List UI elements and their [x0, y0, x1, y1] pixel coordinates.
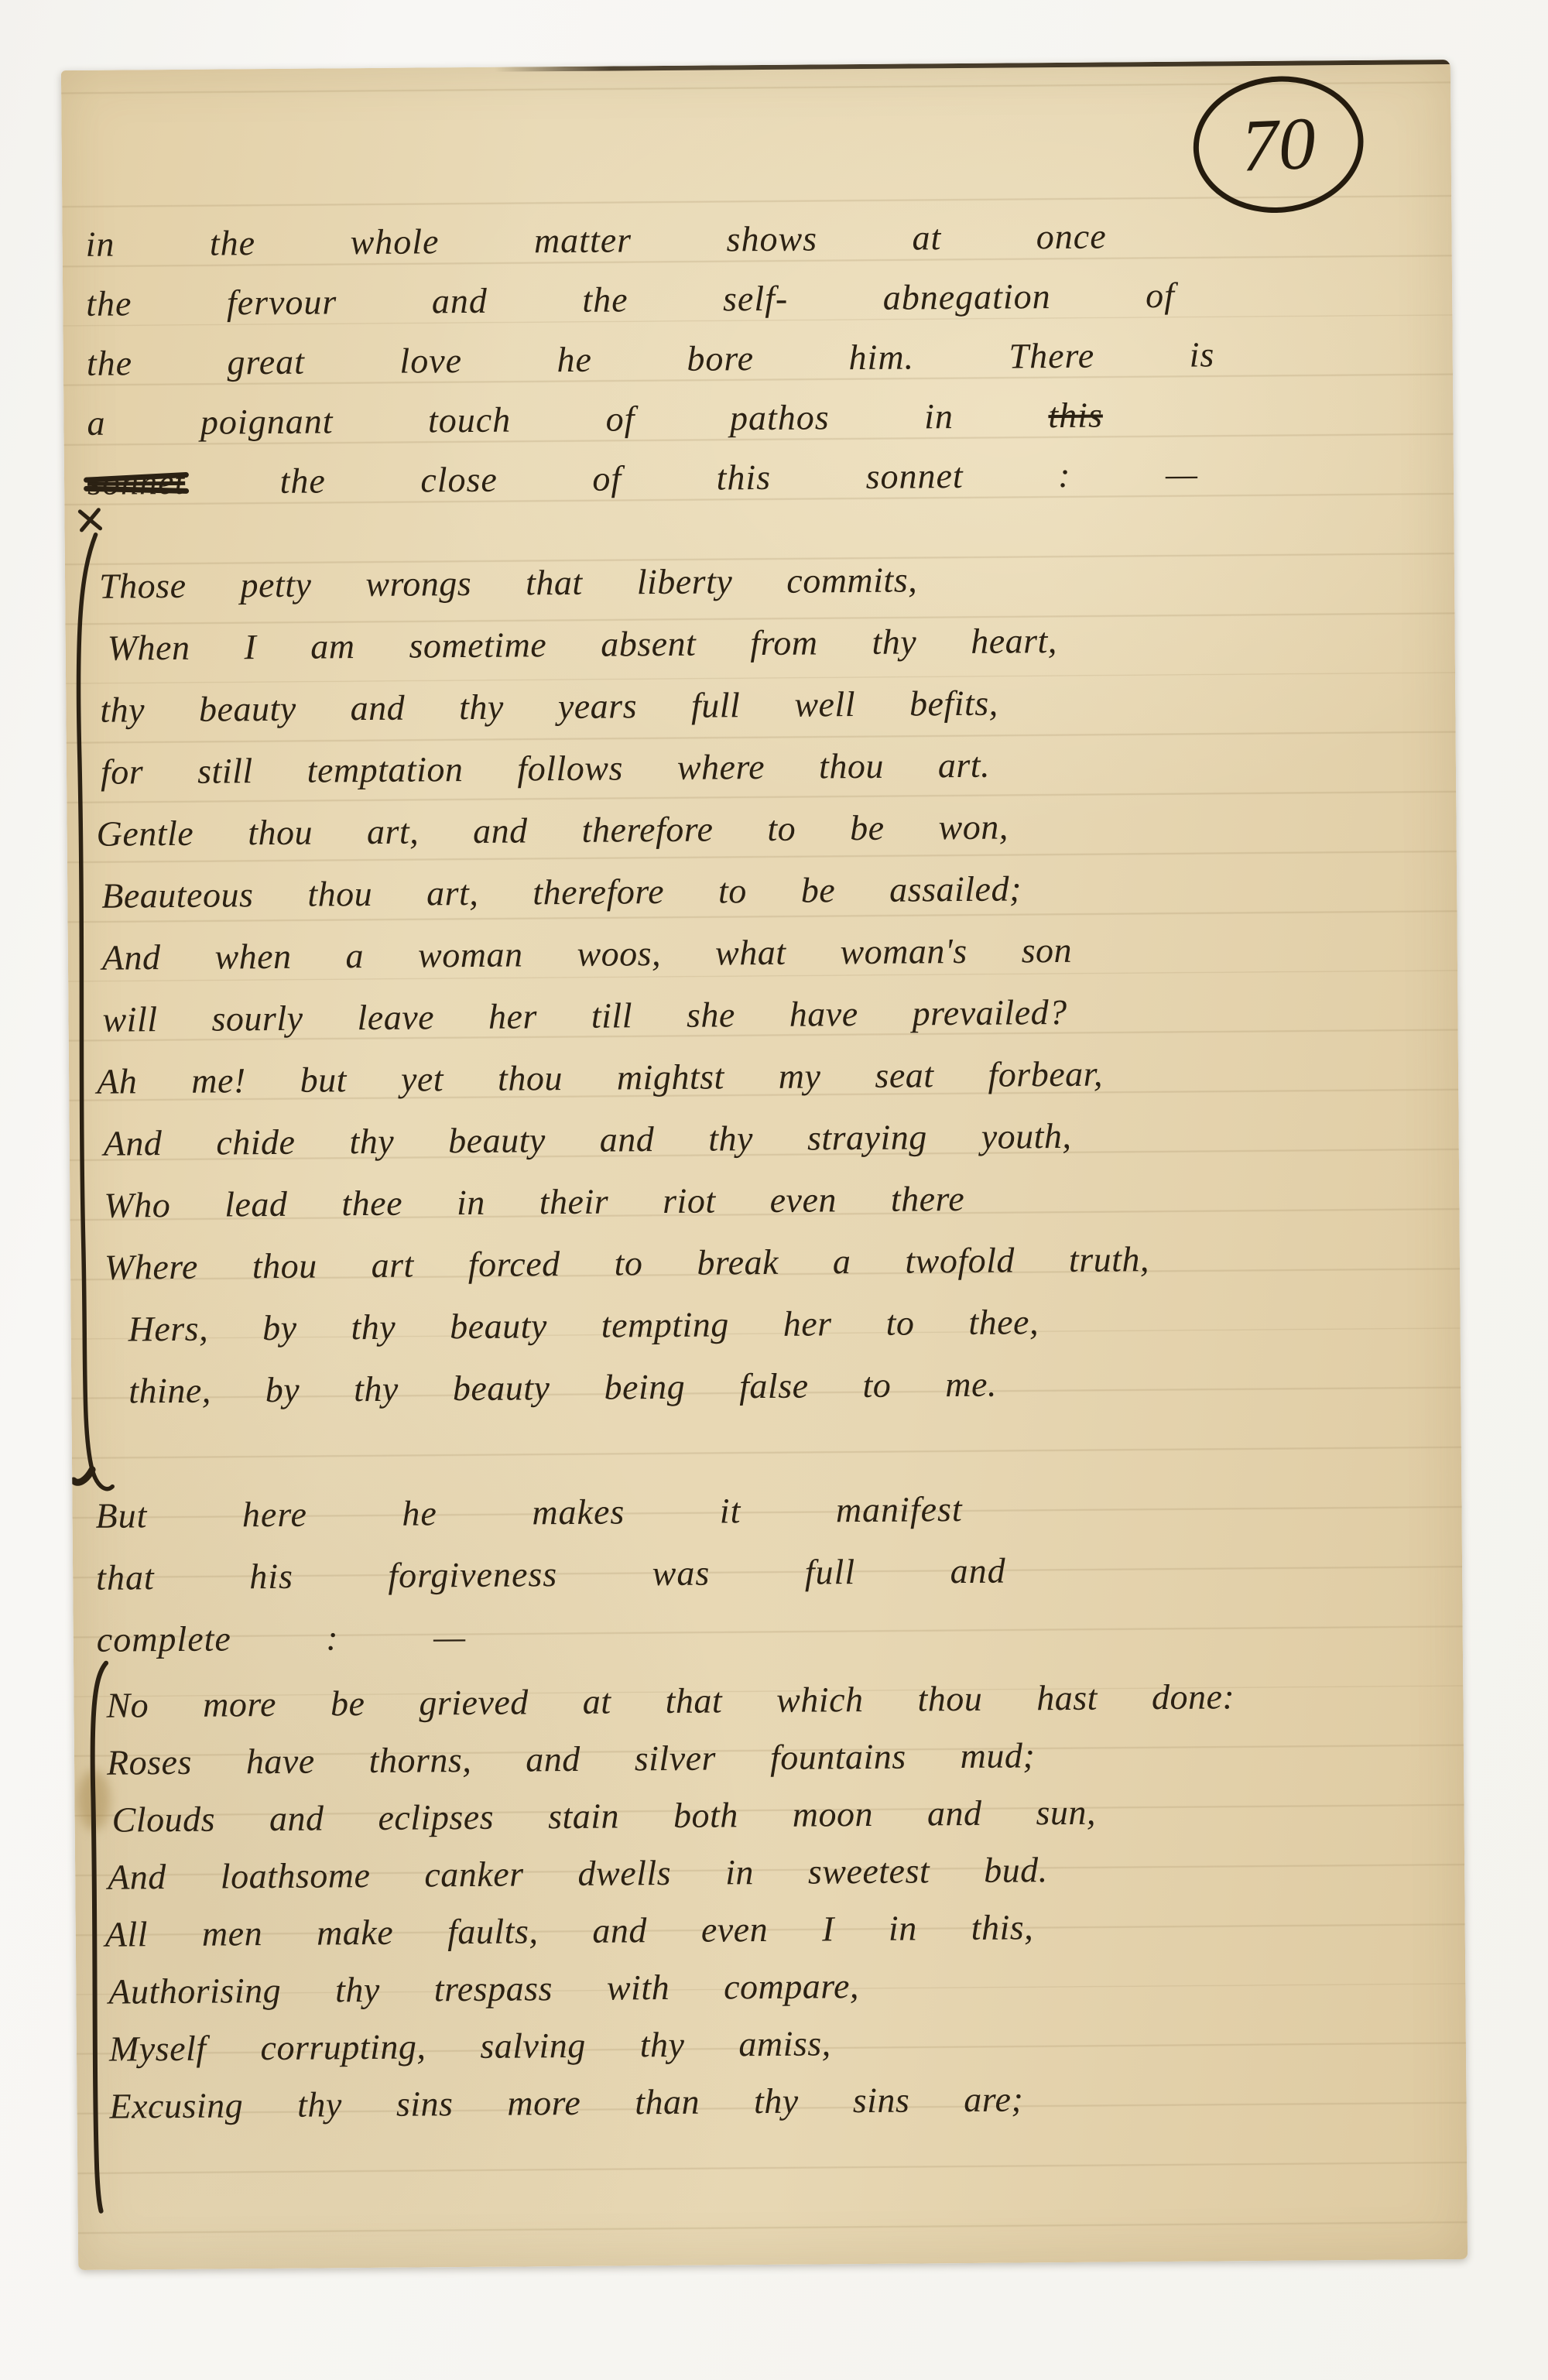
scan-background: { "document": { "page_number": "70" }, "… — [0, 0, 1548, 2380]
sonnet-line: Gentle thou art, and therefore to be won… — [96, 795, 1146, 865]
manuscript-line: a poignant touch of pathos in this — [87, 384, 1215, 452]
struck-word: this — [1048, 396, 1103, 436]
manuscript-line: the fervour and the self- abnegation of — [86, 265, 1214, 333]
manuscript-line: in the whole matter shows at once — [85, 205, 1214, 273]
sonnet-line: Who lead thee in their riot even there — [104, 1166, 1149, 1237]
manuscript-line: the great love he bore him. There is — [87, 324, 1215, 392]
sonnet-line: Roses have thorns, and silver fountains … — [107, 1725, 1235, 1791]
paragraph-commentary-2: But here he makes it manifest that his f… — [95, 1478, 1006, 1671]
manuscript-line: that his forgiveness was full and — [96, 1540, 1006, 1609]
line-text: a poignant touch of pathos in — [87, 396, 954, 443]
quoted-sonnet-2: No more be grieved at that which thou ha… — [106, 1668, 1238, 2135]
sonnet-line: Hers, by thy beauty tempting her to thee… — [128, 1290, 1150, 1360]
sonnet-line: Those petty wrongs that liberty commits, — [99, 547, 1145, 618]
manuscript-line: complete : — — [96, 1602, 1006, 1671]
manuscript-page: 70 in the whole matter shows at once the… — [61, 60, 1468, 2270]
line-text: the close of this sonnet : — — [279, 454, 1198, 501]
sonnet-line: thine, by thy beauty being false to me. — [128, 1352, 1151, 1422]
page-number-circle: 70 — [1187, 69, 1370, 221]
quoted-sonnet-1: Those petty wrongs that liberty commits,… — [99, 547, 1151, 1423]
sonnet-line: for still temptation follows where thou … — [101, 733, 1146, 803]
sonnet-line: And chide thy beauty and thy straying yo… — [103, 1104, 1149, 1175]
manuscript-line: sonnet the close of this sonnet : — — [87, 443, 1216, 512]
manuscript-line: But here he makes it manifest — [95, 1478, 1005, 1547]
sonnet-line: Ah me! but yet thou mightst my seat forb… — [97, 1043, 1149, 1113]
sonnet-line: And loathsome canker dwells in sweetest … — [108, 1840, 1236, 1906]
page-number: 70 — [1240, 106, 1317, 183]
sheet-edge-shadow — [495, 60, 1452, 72]
sonnet-line: Where thou art forced to break a twofold… — [104, 1228, 1150, 1299]
sonnet-line: Clouds and eclipses stain both moon and … — [111, 1782, 1235, 1848]
sonnet-line: When I am sometime absent from thy heart… — [107, 609, 1145, 680]
sonnet-line: Excusing thy sins more than thy sins are… — [109, 2069, 1238, 2135]
sonnet-line: will sourly leave her till she have prev… — [102, 981, 1148, 1051]
sonnet-line: No more be grieved at that which thou ha… — [106, 1668, 1235, 1734]
sonnet-line: thy beauty and thy years full well befit… — [100, 671, 1146, 741]
sonnet-line: Beauteous thou art, therefore to be assa… — [101, 857, 1147, 927]
sonnet-line: And when a woman woos, what woman's son — [102, 919, 1148, 989]
sonnet-line: Authorising thy trespass with compare, — [108, 1954, 1237, 2020]
paragraph-commentary-1: in the whole matter shows at once the fe… — [85, 205, 1216, 512]
sonnet-line: Myself corrupting, salving thy amiss, — [109, 2012, 1238, 2077]
sonnet-line: All men make faults, and even I in this, — [104, 1897, 1236, 1963]
